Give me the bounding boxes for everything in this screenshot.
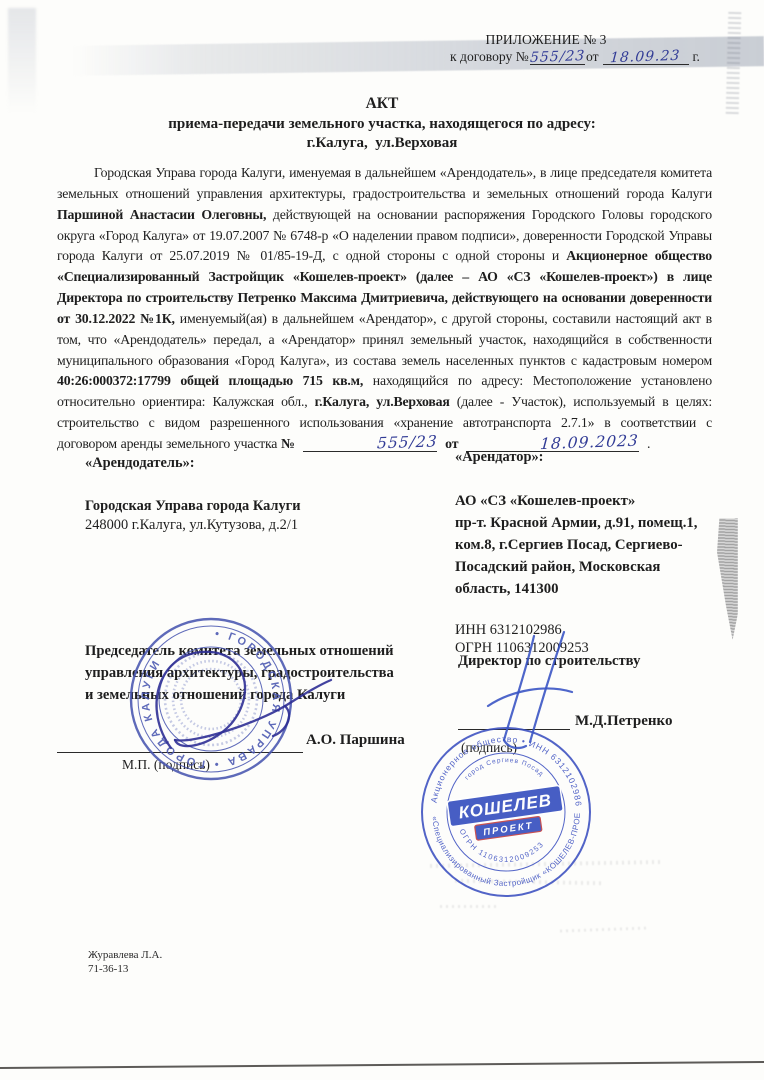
act-body-paragraph: Городская Управа города Калуги, именуема… — [57, 163, 712, 455]
landlord-address: 248000 г.Калуга, ул.Кутузова, д.2/1 — [85, 517, 405, 534]
tenant-stamp-city-text: город Сергиев Посад — [464, 757, 545, 781]
body-text: Городская Управа города Калуги, именуема… — [57, 165, 712, 201]
tenant-address-line: область, 141300 — [455, 578, 745, 600]
contract-number-blank: 555/23 — [530, 50, 585, 65]
landlord-details-block: «Арендодатель»: Городская Управа города … — [85, 455, 405, 534]
date-word: от — [586, 49, 599, 64]
number-sign: № — [281, 436, 295, 451]
body-contract-number-blank: 555/23 — [303, 436, 438, 453]
scanned-act-document-page: ПРИЛОЖЕНИЕ № 3 к договору №555/23от18.09… — [0, 0, 764, 1080]
contract-date-blank: 18.09.23 — [603, 50, 689, 65]
landlord-heading: «Арендодатель»: — [85, 455, 405, 472]
title-address: г.Калуга, ул.Верховая — [0, 135, 764, 152]
document-title: АКТ приема-передачи земельного участка, … — [0, 95, 764, 152]
cadastral-number-bold: 40:26:000372:17799 общей площадью 715 кв… — [57, 373, 363, 388]
tenant-name: АО «СЗ «Кошелев-проект» — [455, 490, 745, 512]
appendix-number: ПРИЛОЖЕНИЕ № 3 — [420, 32, 672, 48]
contract-reference: к договору №555/23от18.09.23г. — [420, 49, 730, 65]
contract-number-handwritten: 555/23 — [529, 49, 585, 65]
tenant-address-line: пр-т. Красной Армии, д.91, помещ.1, — [455, 512, 745, 534]
landlord-signer-name-bold: Паршиной Анастасии Олеговны, — [57, 207, 266, 222]
year-suffix: г. — [693, 49, 700, 64]
faint-bleed-marks — [560, 926, 650, 932]
executor-phone: 71-36-13 — [88, 962, 162, 976]
title-act: АКТ — [0, 95, 764, 113]
faint-bleed-marks — [440, 905, 500, 908]
appendix-header: ПРИЛОЖЕНИЕ № 3 к договору №555/23от18.09… — [420, 32, 730, 65]
contract-date-handwritten: 18.09.23 — [610, 49, 681, 65]
executor-footer: Журавлева Л.А. 71-36-13 — [88, 948, 162, 976]
plot-address-bold: г.Калуга, ул.Верховая — [315, 394, 450, 409]
title-subject: приема-передачи земельного участка, нахо… — [0, 116, 764, 133]
scan-bottom-edge-line — [0, 1061, 764, 1069]
tenant-address-line: ком.8, г.Сергиев Посад, Сергиево- — [455, 534, 745, 556]
tenant-address-line: Посадский район, Московская — [455, 556, 745, 578]
tenant-pen-signature — [468, 628, 608, 758]
svg-text:город Сергиев Посад: город Сергиев Посад — [464, 757, 545, 781]
body-contract-number-handwritten: 555/23 — [339, 434, 438, 453]
executor-name: Журавлева Л.А. — [88, 948, 162, 962]
contract-prefix: к договору № — [450, 49, 529, 64]
tenant-heading: «Арендатор»: — [455, 449, 745, 466]
landlord-name: Городская Управа города Калуги — [85, 498, 405, 515]
landlord-pen-signature — [135, 628, 365, 778]
tenant-details-block: «Арендатор»: АО «СЗ «Кошелев-проект» пр-… — [455, 449, 745, 657]
